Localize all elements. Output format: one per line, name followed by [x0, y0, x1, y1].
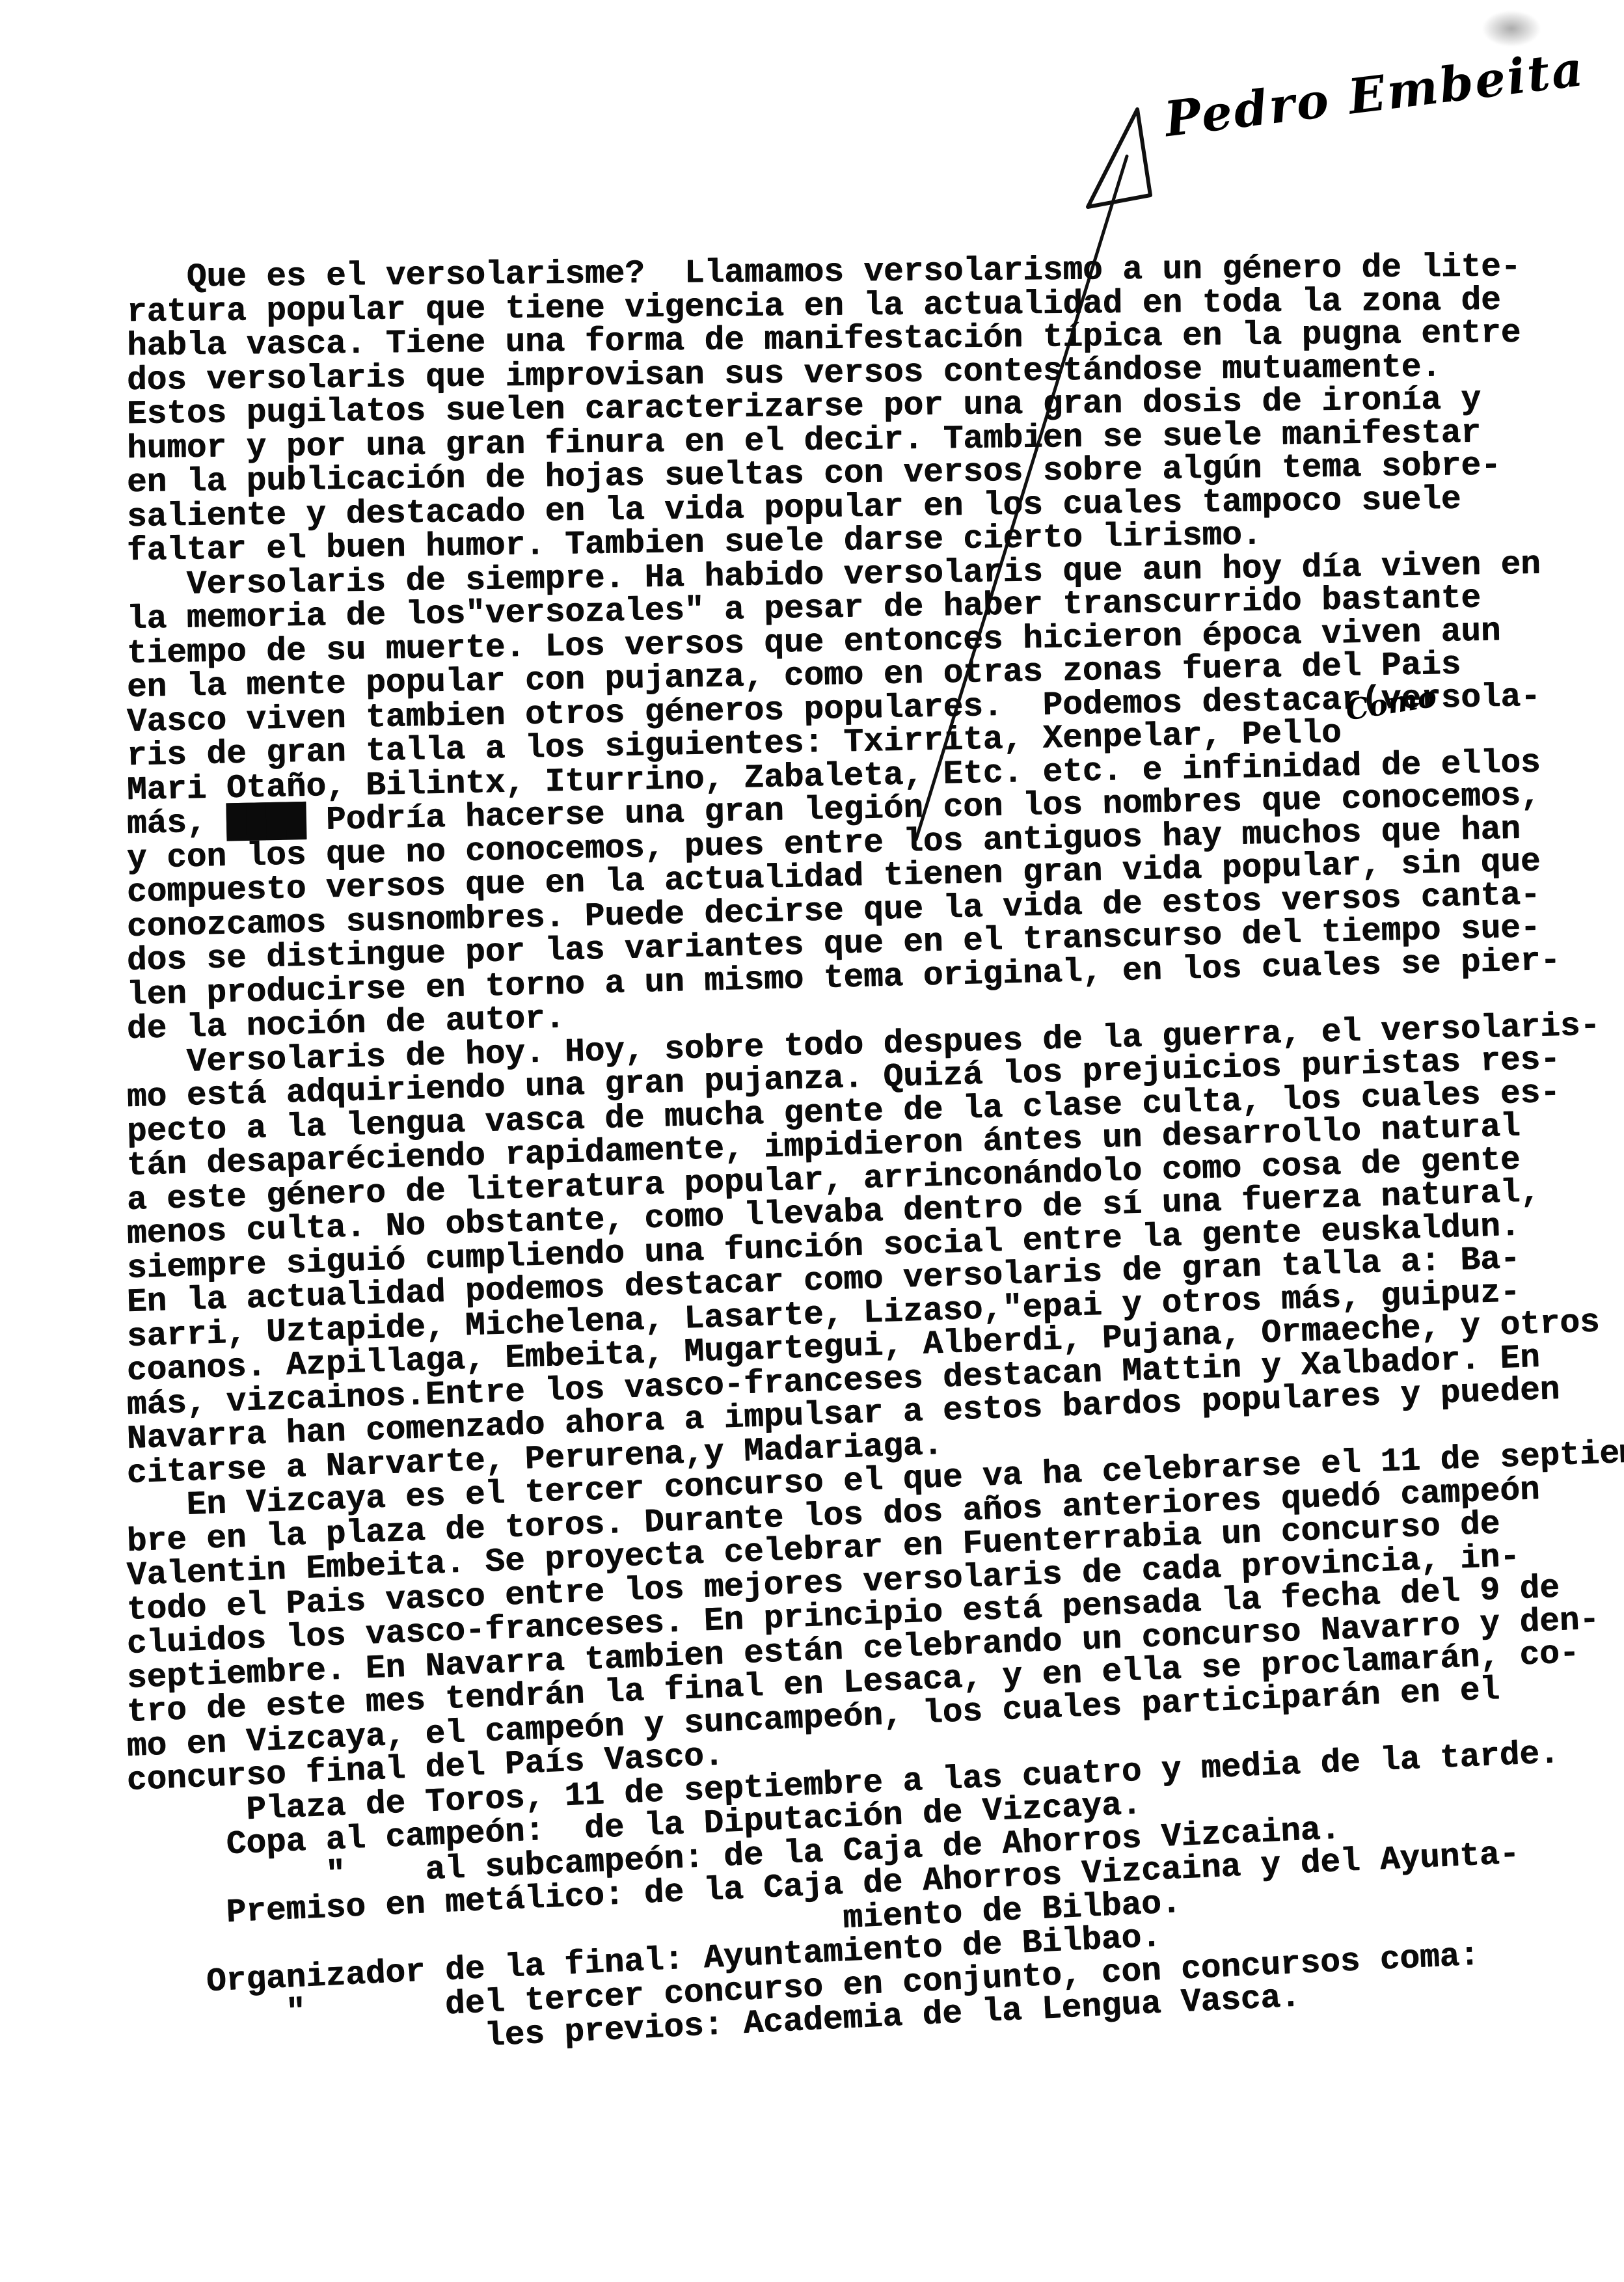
corner-smudge	[1482, 10, 1541, 47]
handwritten-signature: Pedro Embeita	[1161, 41, 1588, 148]
typewritten-text: Que es el versolarisme? Llamamos versola…	[127, 262, 1624, 2072]
arrowhead-icon	[1088, 109, 1150, 207]
scanned-document-page: Pedro Embeita Que es el versolarisme? Ll…	[0, 0, 1624, 2282]
